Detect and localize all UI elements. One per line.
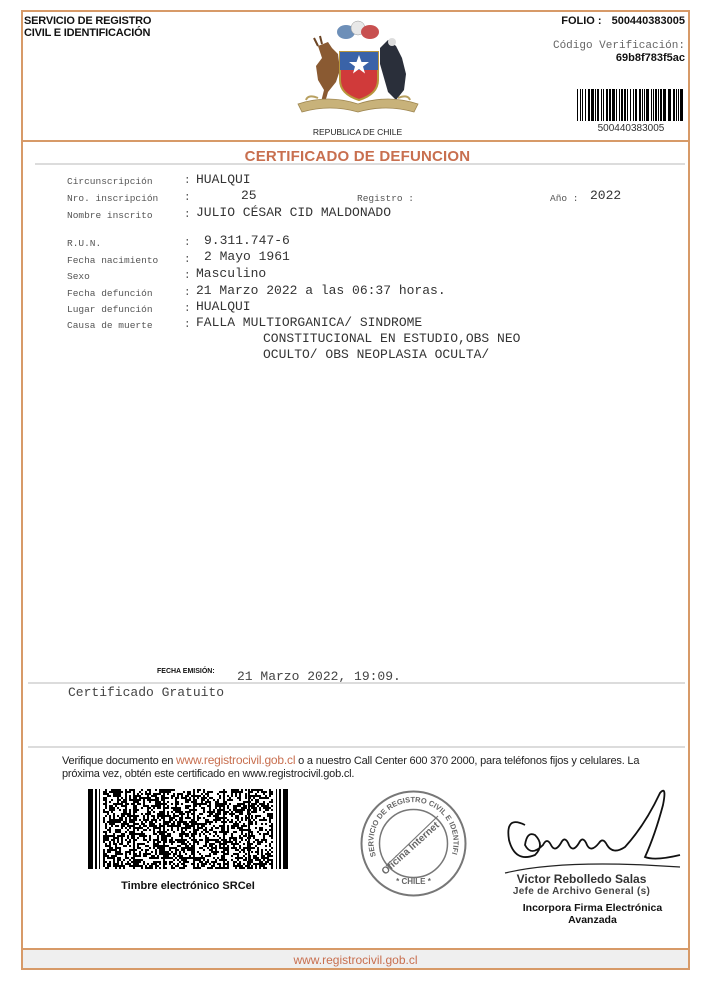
electronic-signature-note: Incorpora Firma Electrónica Avanzada — [480, 902, 705, 926]
pdf417-barcode — [88, 789, 288, 869]
label-nro-inscripcion: Nro. inscripción — [67, 193, 158, 204]
colon: : — [184, 254, 191, 266]
header-divider — [21, 140, 690, 142]
signer-block: Victor Rebolledo Salas Jefe de Archivo G… — [480, 872, 685, 897]
emission-divider — [28, 682, 685, 684]
value-fecha-nacimiento: 2 Mayo 1961 — [204, 249, 290, 264]
footer-divider — [28, 746, 685, 748]
agency-line-1: SERVICIO DE REGISTRO — [24, 15, 151, 27]
label-anio: Año : — [550, 193, 579, 204]
colon: : — [184, 270, 191, 282]
colon: : — [184, 237, 191, 249]
value-sexo: Masculino — [196, 266, 266, 281]
document-title: CERTIFICADO DE DEFUNCION — [0, 148, 715, 165]
colon: : — [184, 192, 191, 204]
colon: : — [184, 287, 191, 299]
footer-url[interactable]: www.registrocivil.gob.cl — [23, 953, 688, 967]
folio-label: FOLIO : — [561, 15, 601, 27]
value-causa-muerte-line-1: FALLA MULTIORGANICA/ SINDROME — [196, 315, 422, 330]
free-certificate-note: Certificado Gratuito — [68, 685, 224, 700]
firma-line-2: Avanzada — [480, 914, 705, 926]
footer-band: www.registrocivil.gob.cl — [21, 948, 690, 970]
coat-of-arms-icon — [288, 18, 428, 118]
label-circunscripcion: Circunscripción — [67, 176, 153, 187]
label-lugar-defuncion: Lugar defunción — [67, 304, 153, 315]
signer-role: Jefe de Archivo General (s) — [480, 886, 663, 897]
barcode-number: 500440383005 — [577, 123, 685, 134]
value-anio: 2022 — [590, 188, 621, 203]
agency-name: SERVICIO DE REGISTRO CIVIL E IDENTIFICAC… — [24, 15, 151, 39]
value-fecha-defuncion: 21 Marzo 2022 a las 06:37 horas. — [196, 283, 446, 298]
svg-text:* CHILE *: * CHILE * — [396, 877, 432, 886]
label-registro: Registro : — [357, 193, 414, 204]
folio-barcode — [577, 89, 685, 121]
colon: : — [184, 175, 191, 187]
official-stamp-icon: SERVICIO DE REGISTRO CIVIL E IDENTIFICAC… — [356, 786, 471, 901]
electronic-stamp-label: Timbre electrónico SRCeI — [88, 880, 288, 892]
signature-icon — [495, 785, 685, 875]
coat-of-arms-caption: REPUBLICA DE CHILE — [300, 127, 415, 137]
value-causa-muerte-line-3: OCULTO/ OBS NEOPLASIA OCULTA/ — [263, 347, 489, 362]
verification-label: Código Verificación: — [553, 40, 685, 52]
label-run: R.U.N. — [67, 238, 101, 249]
colon: : — [184, 209, 191, 221]
label-fecha-nacimiento: Fecha nacimiento — [67, 255, 158, 266]
value-causa-muerte-line-2: CONSTITUCIONAL EN ESTUDIO,OBS NEO — [263, 331, 520, 346]
agency-line-2: CIVIL E IDENTIFICACIÓN — [24, 27, 151, 39]
firma-line-1: Incorpora Firma Electrónica — [480, 902, 705, 914]
folio: FOLIO :500440383005 — [561, 15, 685, 27]
emission-date-label: FECHA EMISIÓN: — [157, 668, 215, 675]
value-lugar-defuncion: HUALQUI — [196, 299, 251, 314]
signer-name: Victor Rebolledo Salas — [480, 872, 663, 886]
colon: : — [184, 303, 191, 315]
value-circunscripcion: HUALQUI — [196, 172, 251, 187]
label-causa-muerte: Causa de muerte — [67, 320, 153, 331]
verification-code: 69b8f783f5ac — [616, 52, 685, 64]
label-nombre: Nombre inscrito — [67, 210, 153, 221]
label-sexo: Sexo — [67, 271, 90, 282]
folio-value: 500440383005 — [612, 15, 685, 27]
label-fecha-defuncion: Fecha defunción — [67, 288, 153, 299]
svg-text:Oficina Internet: Oficina Internet — [380, 820, 442, 878]
verification-note: Verifique documento en www.registrocivil… — [62, 754, 662, 781]
value-run: 9.311.747-6 — [204, 233, 290, 248]
registro-civil-link[interactable]: www.registrocivil.gob.cl — [176, 753, 295, 767]
value-nro-inscripcion: 25 — [241, 188, 257, 203]
verification-note-prefix: Verifique documento en — [62, 755, 176, 767]
value-nombre: JULIO CÉSAR CID MALDONADO — [196, 205, 391, 220]
colon: : — [184, 319, 191, 331]
